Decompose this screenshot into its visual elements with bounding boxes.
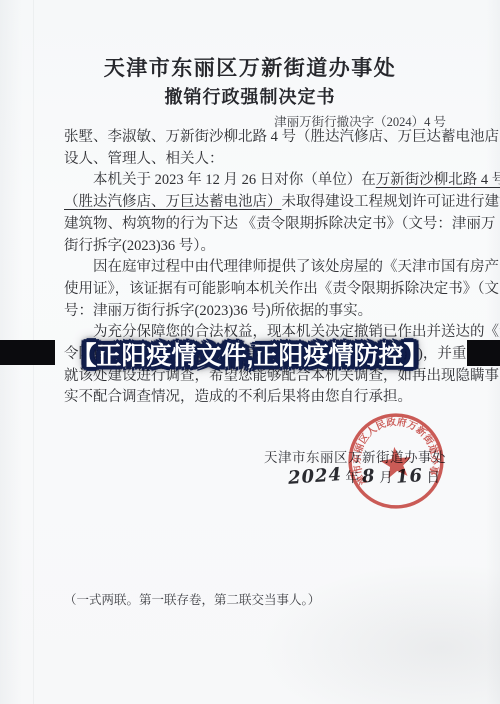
addressee-line: 张墅、李淑敏、万新街沙柳北路 4 号（胜达汽修店、万巨达蓄电池店）建 [64,127,446,149]
body-line: 实不配合调查情况，造成的不利后果将由您自行承担。 [64,387,446,409]
scanned-document-page: 天津市东丽区万新街道办事处 撤销行政强制决定书 津丽万街行撤决字（2024）4 … [0,0,500,704]
document-title: 天津市东丽区万新街道办事处 [0,52,500,82]
body-line: 使用证》，该证据有可能影响本机关作出《责令限期拆除决定书》（文 [64,279,446,301]
banner-text: 【正阳疫情文件,正阳疫情防控】 [0,336,500,372]
underlined-address: 万新街沙柳北路 4 号 [376,172,500,188]
seal-arc-text: 天津市东丽区人民政府万新街道办事处 [339,404,444,490]
body-line: 因在庭审过程中由代理律师提供了该处房屋的《天津市国有房产 [64,257,446,279]
seal-star-icon [379,445,413,479]
underlined-address: （胜达汽修店、万巨达蓄电池店） [64,194,282,210]
handwritten-year: 2024 [287,464,342,489]
official-red-seal: 天津市东丽区人民政府万新街道办事处 [339,404,453,518]
body-line: 街行拆字(2023)36 号）。 [64,236,446,258]
body-line: 号：津丽万街行拆字(2023)36 号)所依据的事实。 [64,301,446,323]
overlay-watermark-banner: 【正阳疫情文件,正阳疫情防控】 [0,337,500,367]
addressee-line: 设人、管理人、相关人： [64,149,446,171]
body-line: 建筑物、构筑物的行为下达 《责令限期拆除决定书》（文号：津丽万 [64,214,446,236]
copies-footnote: （一式两联。第一联存卷，第二联交当事人。） [64,590,320,608]
svg-text:天津市东丽区人民政府万新街道办事处: 天津市东丽区人民政府万新街道办事处 [339,404,444,490]
body-line: 本机关于 2023 年 12 月 26 日对你（单位）在万新街沙柳北路 4 号 [64,170,446,192]
document-subtitle: 撤销行政强制决定书 [0,83,500,109]
body-line: （胜达汽修店、万巨达蓄电池店）未取得建设工程规划许可证进行建设 [64,192,446,214]
